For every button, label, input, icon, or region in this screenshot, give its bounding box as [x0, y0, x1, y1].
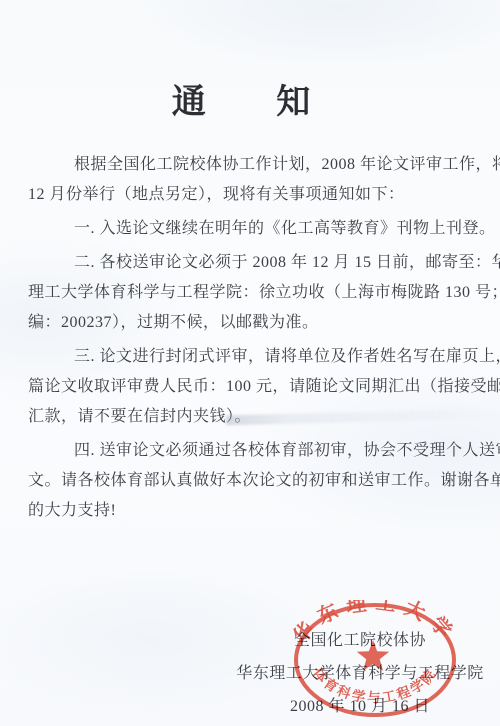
body-line: 二. 各校送审论文必须于 2008 年 12 月 15 日前，邮寄至：华东 [28, 248, 472, 278]
seal-bottom-text: 体育科学与工程学院 [310, 665, 439, 706]
body-line: 的大力支持! [28, 496, 472, 526]
notice-body: 根据全国化工院校体协工作计划，2008 年论文评审工作，将于 12 月份举行（地… [28, 150, 472, 530]
paragraph-item-4: 四. 送审论文必须通过各校体育部初审，协会不受理个人送审论 文。请各校体育部认真… [28, 436, 472, 526]
seal-top-text: 华东理工大学 [290, 600, 460, 648]
scanned-notice-page: 通 知 根据全国化工院校体协工作计划，2008 年论文评审工作，将于 12 月份… [0, 0, 500, 726]
body-line: 四. 送审论文必须通过各校体育部初审，协会不受理个人送审论 [28, 436, 472, 466]
paragraph-item-2: 二. 各校送审论文必须于 2008 年 12 月 15 日前，邮寄至：华东 理工… [28, 248, 472, 338]
body-line: 篇论文收取评审费人民币：100 元，请随论文同期汇出（指接受邮局 [28, 372, 472, 402]
paragraph-intro: 根据全国化工院校体协工作计划，2008 年论文评审工作，将于 12 月份举行（地… [28, 150, 472, 210]
paragraph-item-1: 一. 入选论文继续在明年的《化工高等教育》刊物上刊登。 [28, 214, 472, 244]
body-line: 一. 入选论文继续在明年的《化工高等教育》刊物上刊登。 [28, 214, 472, 244]
star-icon [357, 640, 389, 671]
body-line: 文。请各校体育部认真做好本次论文的初审和送审工作。谢谢各单位 [28, 466, 472, 496]
body-line: 编：200237），过期不候，以邮戳为准。 [28, 308, 472, 338]
official-seal: 华东理工大学 体育科学与工程学院 [290, 600, 460, 720]
body-line: 根据全国化工院校体协工作计划，2008 年论文评审工作，将于 [28, 150, 472, 180]
notice-title: 通 知 [0, 74, 500, 123]
body-line: 理工大学体育科学与工程学院：徐立功收（上海市梅陇路 130 号；邮 [28, 278, 472, 308]
body-line: 12 月份举行（地点另定），现将有关事项通知如下： [28, 180, 472, 210]
body-line: 三. 论文进行封闭式评审，请将单位及作者姓名写在扉页上，每 [28, 342, 472, 372]
